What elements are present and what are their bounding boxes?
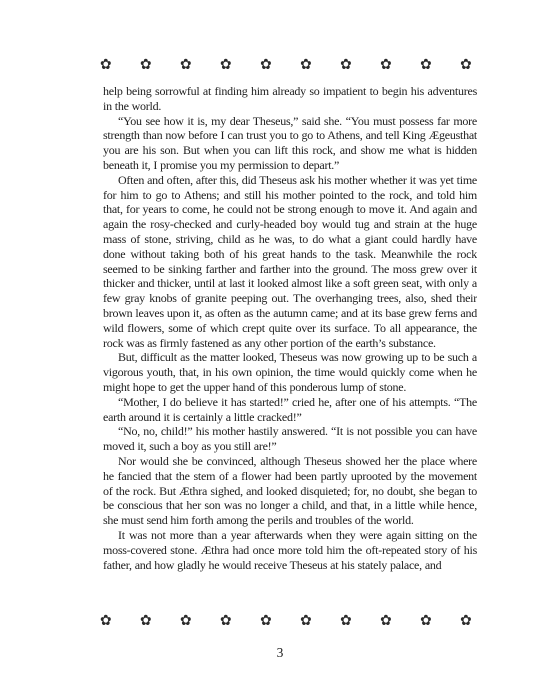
page-number: 3: [0, 645, 560, 661]
wreath-ornament-icon: ✿: [340, 58, 352, 75]
wreath-ornament-icon: ✿: [340, 614, 352, 631]
wreath-ornament-icon: ✿: [180, 58, 192, 75]
paragraph: But, difficult as the matter looked, The…: [103, 350, 477, 394]
wreath-ornament-icon: ✿: [380, 58, 392, 75]
wreath-ornament-icon: ✿: [460, 614, 472, 631]
wreath-ornament-icon: ✿: [220, 58, 232, 75]
wreath-ornament-icon: ✿: [460, 58, 472, 75]
paragraph: “You see how it is, my dear Theseus,” sa…: [103, 114, 477, 173]
paragraph: “No, no, child!” his mother hastily answ…: [103, 424, 477, 454]
paragraph: “Mother, I do believe it has started!” c…: [103, 395, 477, 425]
paragraph: Nor would she be convinced, although The…: [103, 454, 477, 528]
paragraph: It was not more than a year afterwards w…: [103, 528, 477, 572]
wreath-ornament-icon: ✿: [300, 614, 312, 631]
wreath-ornament-icon: ✿: [420, 58, 432, 75]
wreath-ornament-icon: ✿: [140, 58, 152, 75]
ornament-row-bottom: ✿✿✿✿✿✿✿✿✿✿: [100, 614, 472, 630]
ornament-row-top: ✿✿✿✿✿✿✿✿✿✿: [100, 58, 472, 74]
wreath-ornament-icon: ✿: [260, 58, 272, 75]
wreath-ornament-icon: ✿: [180, 614, 192, 631]
wreath-ornament-icon: ✿: [100, 58, 112, 75]
wreath-ornament-icon: ✿: [380, 614, 392, 631]
wreath-ornament-icon: ✿: [420, 614, 432, 631]
wreath-ornament-icon: ✿: [300, 58, 312, 75]
paragraph: Often and often, after this, did Theseus…: [103, 173, 477, 351]
wreath-ornament-icon: ✿: [260, 614, 272, 631]
paragraph: help being sorrowful at finding him alre…: [103, 84, 477, 114]
page-text: help being sorrowful at finding him alre…: [103, 84, 477, 616]
wreath-ornament-icon: ✿: [220, 614, 232, 631]
wreath-ornament-icon: ✿: [140, 614, 152, 631]
wreath-ornament-icon: ✿: [100, 614, 112, 631]
book-page: ✿✿✿✿✿✿✿✿✿✿ help being sorrowful at findi…: [0, 0, 560, 700]
